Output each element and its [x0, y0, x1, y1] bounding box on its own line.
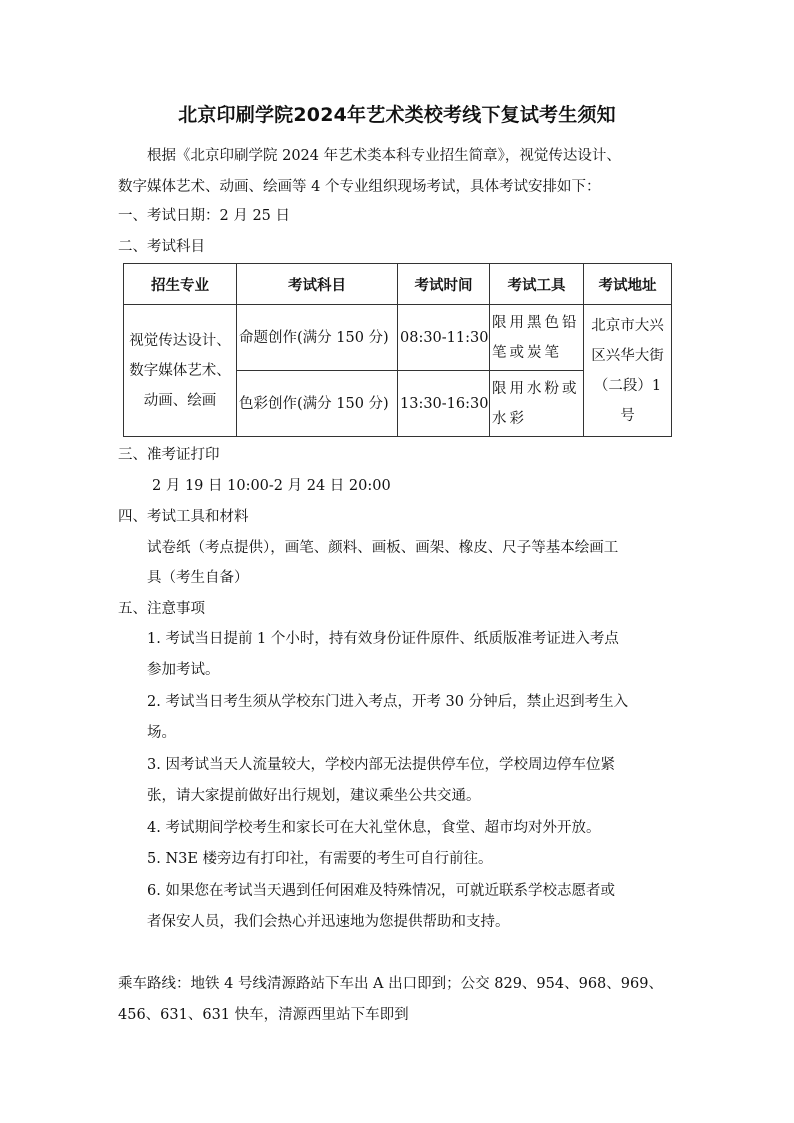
note-6-line-2: 者保安人员，我们会热心并迅速地为您提供帮助和支持。	[147, 912, 510, 932]
cell-tools: 限用水粉或水彩	[490, 371, 584, 437]
note-4: 4. 考试期间学校考生和家长可在大礼堂休息，食堂、超市均对外开放。	[147, 818, 600, 838]
note-1-line-2: 参加考试。	[147, 660, 220, 680]
section-admission-ticket: 三、准考证打印	[118, 445, 220, 465]
section-tools-materials: 四、考试工具和材料	[118, 507, 249, 527]
header-time: 考试时间	[398, 264, 490, 305]
route-line-2: 456、631、631 快车，清源西里站下车即到	[118, 1005, 409, 1025]
note-3-line-1: 3. 因考试当天人流量较大，学校内部无法提供停车位，学校周边停车位紧	[147, 755, 615, 775]
note-2-line-2: 场。	[147, 723, 176, 743]
tools-materials-line-2: 具（考生自备）	[147, 568, 249, 588]
note-1-line-1: 1. 考试当日提前 1 个小时，持有效身份证件原件、纸质版准考证进入考点	[147, 629, 619, 649]
note-5: 5. N3E 楼旁边有打印社，有需要的考生可自行前往。	[147, 849, 493, 869]
cell-major: 视觉传达设计、数字媒体艺术、动画、绘画	[124, 305, 237, 437]
note-6-line-1: 6. 如果您在考试当天遇到任何困难及特殊情况，可就近联系学校志愿者或	[147, 881, 615, 901]
admission-ticket-period: 2 月 19 日 10:00-2 月 24 日 20:00	[152, 476, 391, 496]
cell-time: 08:30-11:30	[398, 305, 490, 371]
route-line-1: 乘车路线：地铁 4 号线清源路站下车出 A 出口即到；公交 829、954、96…	[118, 974, 663, 994]
note-3-line-2: 张，请大家提前做好出行规划，建议乘坐公共交通。	[147, 786, 481, 806]
header-major: 招生专业	[124, 264, 237, 305]
section-notes: 五、注意事项	[118, 599, 205, 619]
header-address: 考试地址	[584, 264, 672, 305]
cell-subject: 色彩创作(满分 150 分)	[237, 371, 398, 437]
document-title: 北京印刷学院2024年艺术类校考线下复试考生须知	[0, 100, 794, 127]
document-page: 北京印刷学院2024年艺术类校考线下复试考生须知 根据《北京印刷学院 2024 …	[0, 0, 794, 1123]
cell-tools: 限用黑色铅笔或炭笔	[490, 305, 584, 371]
section-exam-subjects: 二、考试科目	[118, 237, 205, 257]
table-header-row: 招生专业 考试科目 考试时间 考试工具 考试地址	[124, 264, 672, 305]
table-row: 视觉传达设计、数字媒体艺术、动画、绘画 命题创作(满分 150 分) 08:30…	[124, 305, 672, 371]
header-subject: 考试科目	[237, 264, 398, 305]
intro-line-2: 数字媒体艺术、动画、绘画等 4 个专业组织现场考试，具体考试安排如下：	[118, 177, 600, 197]
header-tools: 考试工具	[490, 264, 584, 305]
exam-schedule-table: 招生专业 考试科目 考试时间 考试工具 考试地址 视觉传达设计、数字媒体艺术、动…	[123, 263, 672, 437]
tools-materials-line-1: 试卷纸（考点提供），画笔、颜料、画板、画架、橡皮、尺子等基本绘画工	[147, 538, 618, 558]
cell-address: 北京市大兴区兴华大街（二段）1号	[584, 305, 672, 437]
note-2-line-1: 2. 考试当日考生须从学校东门进入考点，开考 30 分钟后，禁止迟到考生入	[147, 692, 628, 712]
cell-time: 13:30-16:30	[398, 371, 490, 437]
cell-subject: 命题创作(满分 150 分)	[237, 305, 398, 371]
intro-line-1: 根据《北京印刷学院 2024 年艺术类本科专业招生简章》，视觉传达设计、	[147, 146, 621, 166]
section-exam-date: 一、考试日期：2 月 25 日	[118, 206, 290, 226]
